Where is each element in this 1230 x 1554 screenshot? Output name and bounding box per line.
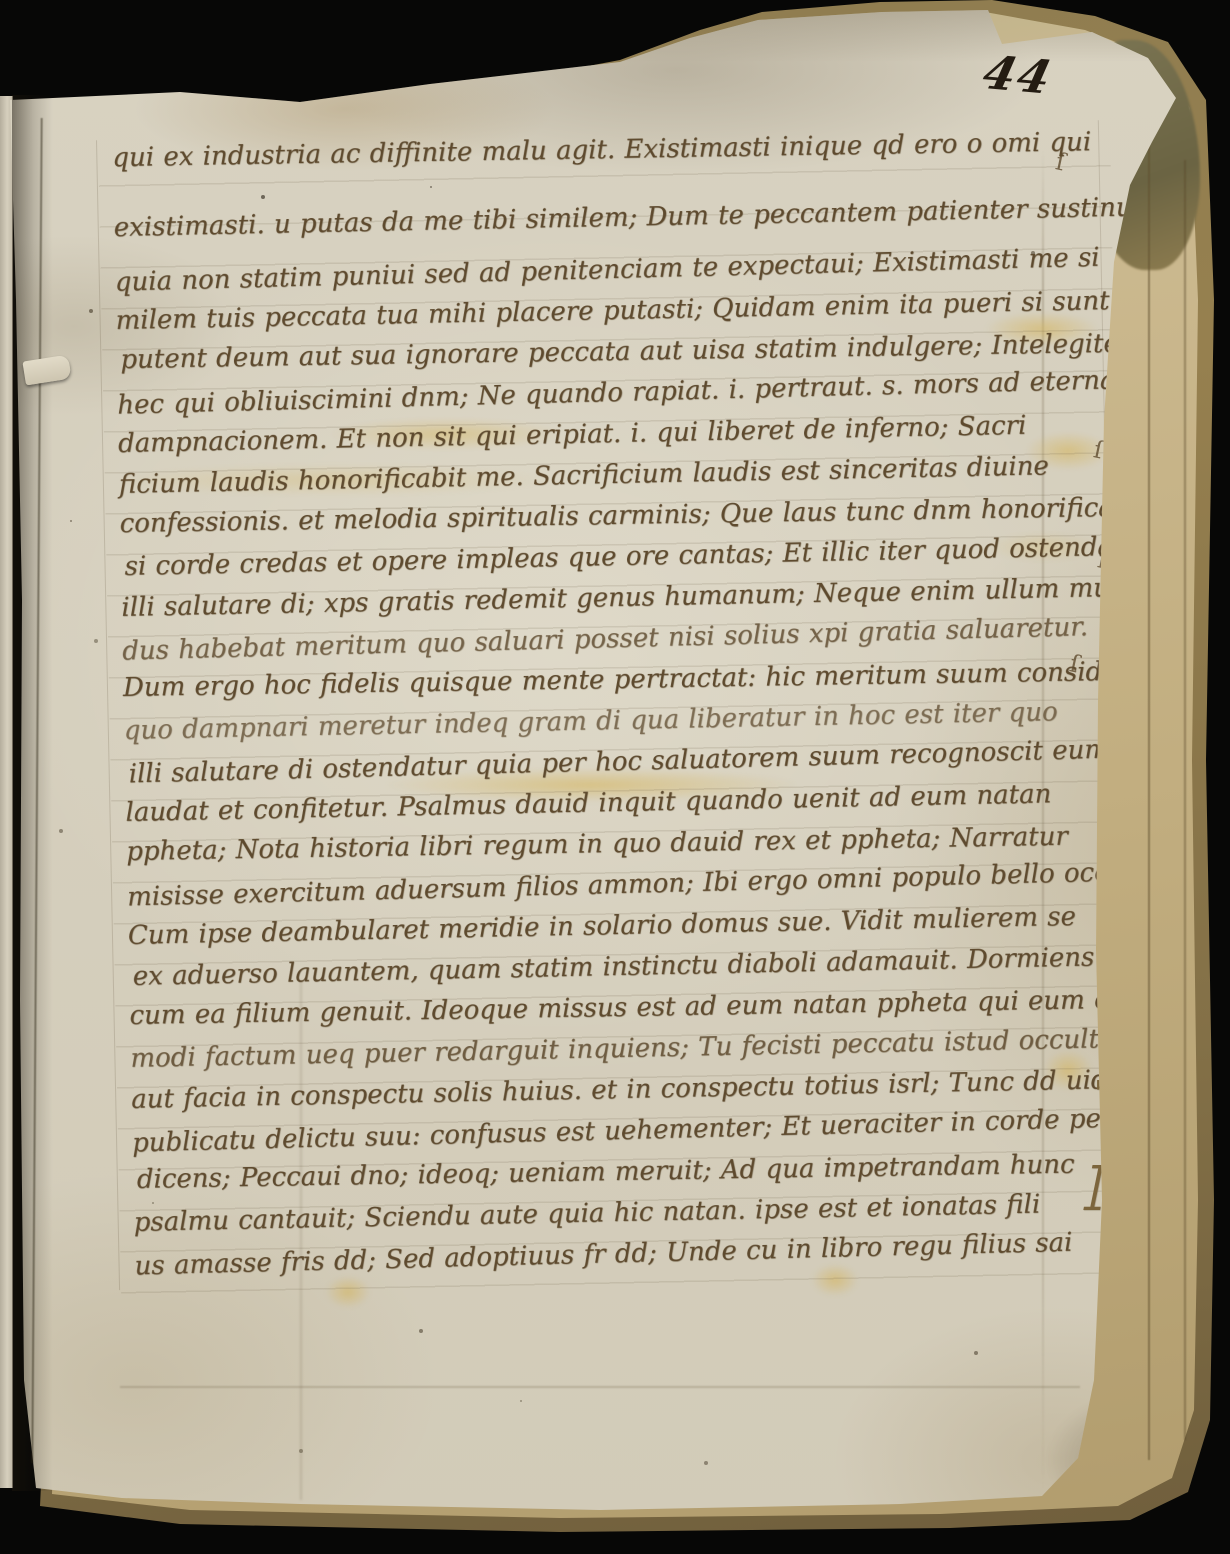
page-edge-crease [1148,130,1150,1460]
horizontal-crease [120,1386,1080,1388]
manuscript-page: qui ex industria ac diffinite malu agit.… [0,0,1230,1554]
manuscript-text-line: existimasti. u putas da me tibi similem;… [113,188,1114,249]
ink-speckles [0,0,2,2]
page-edge-crease [1184,160,1186,1440]
manuscript-text-line: qui ex industria ac diffinite malu agit.… [112,122,1113,179]
manuscript-photo: qui ex industria ac diffinite malu agit.… [0,0,1230,1554]
manuscript-text: qui ex industria ac diffinite malu agit.… [112,120,1135,1285]
text-block: qui ex industria ac diffinite malu agit.… [112,120,1145,1285]
folio-number: 44 [978,45,1058,104]
facing-page-sliver [0,96,13,1488]
